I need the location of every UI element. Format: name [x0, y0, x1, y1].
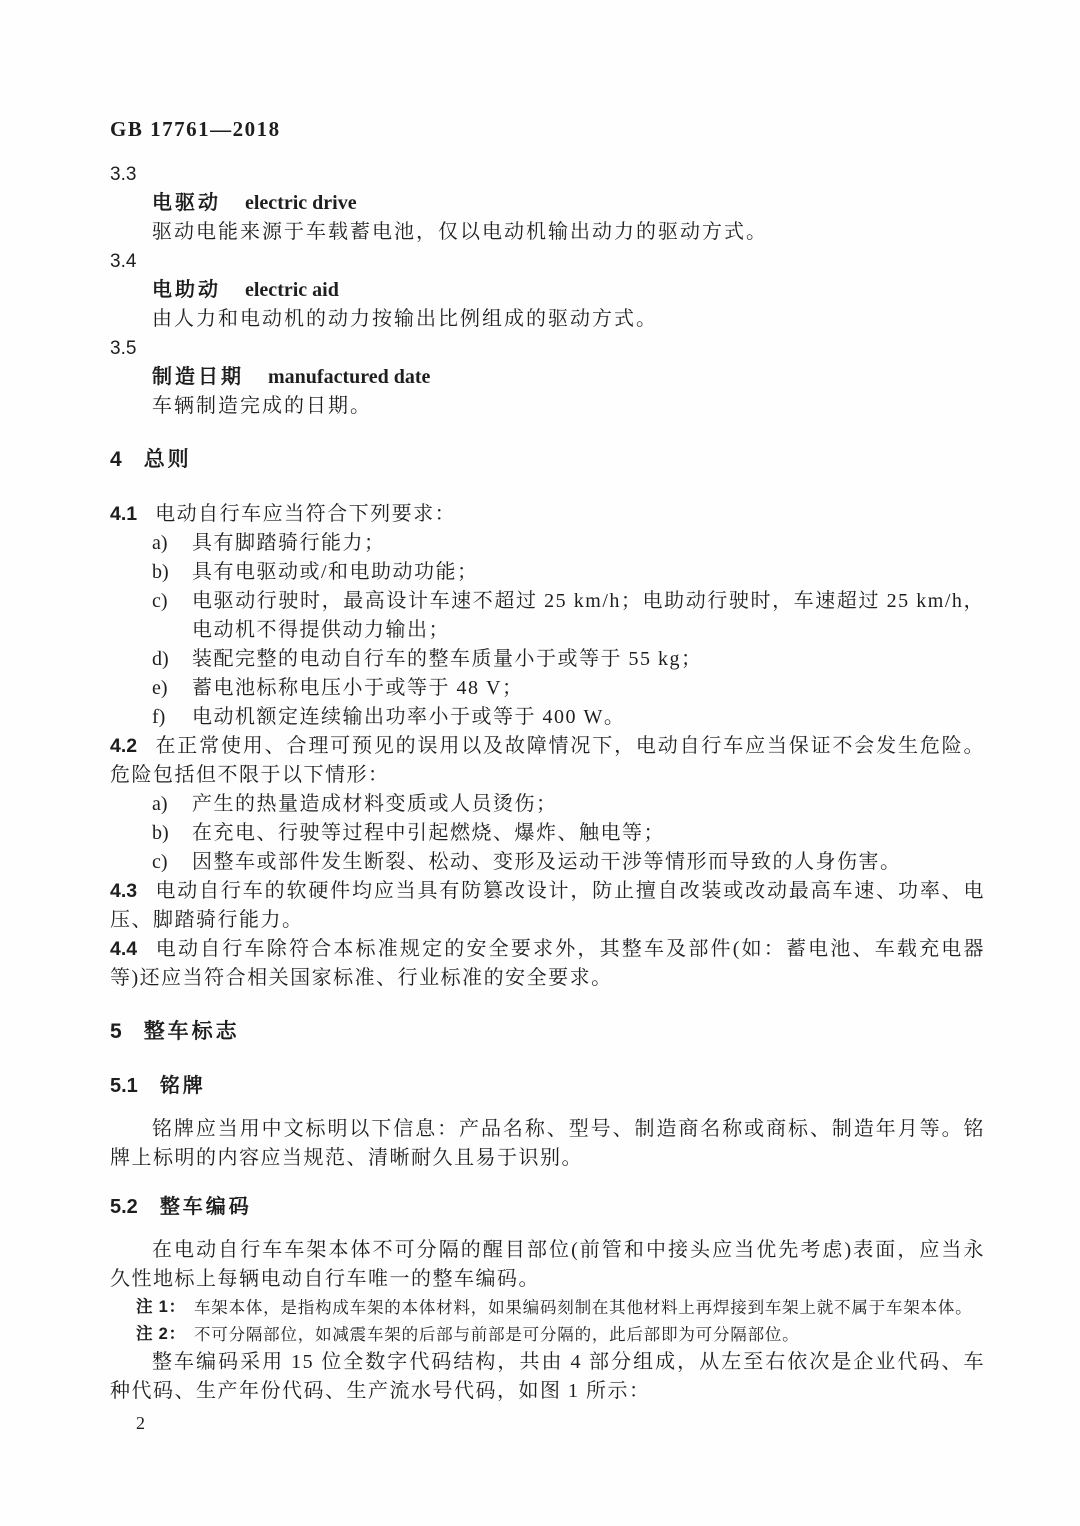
section-title: 整车标志 [144, 1020, 240, 1043]
note-text: 不可分隔部位，如减震车架的后部与前部是可分隔的，此后部即为可分隔部位。 [194, 1321, 985, 1348]
list-item-label: d) [152, 645, 192, 674]
list-item-text: 产生的热量造成材料变质或人员烫伤； [192, 790, 985, 819]
subsection-5-2-heading: 5.2整车编码 [110, 1193, 985, 1222]
list-item-text: 具有电驱动或/和电助动功能； [192, 558, 985, 587]
clause-text: 电动自行车应当符合下列要求： [155, 503, 456, 525]
subsection-number: 5.1 [110, 1075, 138, 1097]
list-item-text: 在充电、行驶等过程中引起燃烧、爆炸、触电等； [192, 819, 985, 848]
clause-number: 4.2 [110, 735, 137, 757]
list-item: c) 因整车或部件发生断裂、松动、变形及运动干涉等情形而导致的人身伤害。 [152, 848, 985, 877]
clause-text: 电动自行车除符合本标准规定的安全要求外，其整车及部件(如：蓄电池、车载充电器等)… [110, 938, 985, 989]
list-item: b) 在充电、行驶等过程中引起燃烧、爆炸、触电等； [152, 819, 985, 848]
subsection-5-2-paragraph-1: 在电动自行车车架本体不可分隔的醒目部位(前管和中接头应当优先考虑)表面，应当永久… [110, 1236, 985, 1294]
note-text: 车架本体，是指构成车架的本体材料，如果编码刻制在其他材料上再焊接到车架上就不属于… [194, 1294, 985, 1321]
term-entry-3-3: 3.3 电驱动electric drive 驱动电能来源于车载蓄电池，仅以电动机… [110, 160, 985, 247]
note-2: 注 2： 不可分隔部位，如减震车架的后部与前部是可分隔的，此后部即为可分隔部位。 [110, 1321, 985, 1348]
list-item: b) 具有电驱动或/和电助动功能； [152, 558, 985, 587]
list-item-label: e) [152, 674, 192, 703]
term-title: 制造日期manufactured date [110, 363, 985, 392]
clause-number: 3.4 [110, 247, 985, 276]
term-name-en: electric aid [245, 279, 339, 301]
term-definition: 由人力和电动机的动力按输出比例组成的驱动方式。 [110, 305, 985, 334]
section-4-heading: 4总则 [110, 445, 985, 474]
subsection-title: 铭牌 [160, 1075, 206, 1097]
list-item-text: 蓄电池标称电压小于或等于 48 V； [192, 674, 985, 703]
section-number: 5 [110, 1020, 122, 1043]
list-item: d) 装配完整的电动自行车的整车质量小于或等于 55 kg； [152, 645, 985, 674]
subsection-title: 整车编码 [160, 1196, 252, 1218]
clause-4-3: 4.3电动自行车的软硬件均应当具有防篡改设计，防止擅自改装或改动最高车速、功率、… [110, 877, 985, 935]
subsection-5-1-heading: 5.1铭牌 [110, 1072, 985, 1101]
standard-code-header: GB 17761—2018 [110, 116, 985, 142]
note-label: 注 2： [136, 1321, 186, 1348]
clause-number: 4.4 [110, 938, 137, 960]
clause-number: 4.1 [110, 503, 137, 525]
note-1: 注 1： 车架本体，是指构成车架的本体材料，如果编码刻制在其他材料上再焊接到车架… [110, 1294, 985, 1321]
term-entry-3-5: 3.5 制造日期manufactured date 车辆制造完成的日期。 [110, 334, 985, 421]
section-number: 4 [110, 448, 122, 471]
list-item-label: c) [152, 587, 192, 645]
section-5-heading: 5整车标志 [110, 1017, 985, 1046]
clause-number: 4.3 [110, 880, 137, 902]
list-item-label: b) [152, 558, 192, 587]
list-item-text: 具有脚踏骑行能力； [192, 529, 985, 558]
section-5-vehicle-marking: 5整车标志 5.1铭牌 铭牌应当用中文标明以下信息：产品名称、型号、制造商名称或… [110, 1017, 985, 1406]
page-number: 2 [136, 1410, 985, 1436]
list-item-text: 装配完整的电动自行车的整车质量小于或等于 55 kg； [192, 645, 985, 674]
list-item-label: a) [152, 529, 192, 558]
list-item: a) 产生的热量造成材料变质或人员烫伤； [152, 790, 985, 819]
term-entry-3-4: 3.4 电助动electric aid 由人力和电动机的动力按输出比例组成的驱动… [110, 247, 985, 334]
document-page: GB 17761—2018 3.3 电驱动electric drive 驱动电能… [0, 0, 1080, 1526]
terms-and-definitions-section: 3.3 电驱动electric drive 驱动电能来源于车载蓄电池，仅以电动机… [110, 160, 985, 421]
term-name-en: electric drive [245, 192, 357, 214]
list-item-text: 电动机额定连续输出功率小于或等于 400 W。 [192, 703, 985, 732]
clause-text: 电动自行车的软硬件均应当具有防篡改设计，防止擅自改装或改动最高车速、功率、电压、… [110, 880, 985, 931]
clause-number: 3.5 [110, 334, 985, 363]
subsection-5-2-paragraph-2: 整车编码采用 15 位全数字代码结构，共由 4 部分组成，从左至右依次是企业代码… [110, 1348, 985, 1406]
term-title: 电助动electric aid [110, 276, 985, 305]
list-item-text: 因整车或部件发生断裂、松动、变形及运动干涉等情形而导致的人身伤害。 [192, 848, 985, 877]
term-name-zh: 电驱动 [152, 192, 221, 214]
term-definition: 驱动电能来源于车载蓄电池，仅以电动机输出动力的驱动方式。 [110, 218, 985, 247]
list-item: c) 电驱动行驶时，最高设计车速不超过 25 km/h；电助动行驶时，车速超过 … [152, 587, 985, 645]
clause-4-2-list: a) 产生的热量造成材料变质或人员烫伤； b) 在充电、行驶等过程中引起燃烧、爆… [110, 790, 985, 877]
clause-4-1: 4.1电动自行车应当符合下列要求： [110, 500, 985, 529]
clause-4-4: 4.4电动自行车除符合本标准规定的安全要求外，其整车及部件(如：蓄电池、车载充电… [110, 935, 985, 993]
section-4-general-rules: 4总则 4.1电动自行车应当符合下列要求： a) 具有脚踏骑行能力； b) 具有… [110, 445, 985, 993]
term-name-en: manufactured date [268, 366, 430, 388]
clause-text: 在正常使用、合理可预见的误用以及故障情况下，电动自行车应当保证不会发生危险。危险… [110, 735, 985, 786]
term-name-zh: 电助动 [152, 279, 221, 301]
list-item: e) 蓄电池标称电压小于或等于 48 V； [152, 674, 985, 703]
list-item: a) 具有脚踏骑行能力； [152, 529, 985, 558]
term-name-zh: 制造日期 [152, 366, 244, 388]
list-item-text: 电驱动行驶时，最高设计车速不超过 25 km/h；电助动行驶时，车速超过 25 … [192, 587, 985, 645]
term-title: 电驱动electric drive [110, 189, 985, 218]
list-item-label: c) [152, 848, 192, 877]
section-title: 总则 [144, 448, 192, 471]
list-item-label: f) [152, 703, 192, 732]
clause-4-1-list: a) 具有脚踏骑行能力； b) 具有电驱动或/和电助动功能； c) 电驱动行驶时… [110, 529, 985, 732]
list-item: f) 电动机额定连续输出功率小于或等于 400 W。 [152, 703, 985, 732]
note-label: 注 1： [136, 1294, 186, 1321]
term-definition: 车辆制造完成的日期。 [110, 392, 985, 421]
clause-4-2: 4.2在正常使用、合理可预见的误用以及故障情况下，电动自行车应当保证不会发生危险… [110, 732, 985, 790]
list-item-label: b) [152, 819, 192, 848]
list-item-label: a) [152, 790, 192, 819]
subsection-5-1-paragraph: 铭牌应当用中文标明以下信息：产品名称、型号、制造商名称或商标、制造年月等。铭牌上… [110, 1115, 985, 1173]
subsection-number: 5.2 [110, 1196, 138, 1218]
clause-number: 3.3 [110, 160, 985, 189]
